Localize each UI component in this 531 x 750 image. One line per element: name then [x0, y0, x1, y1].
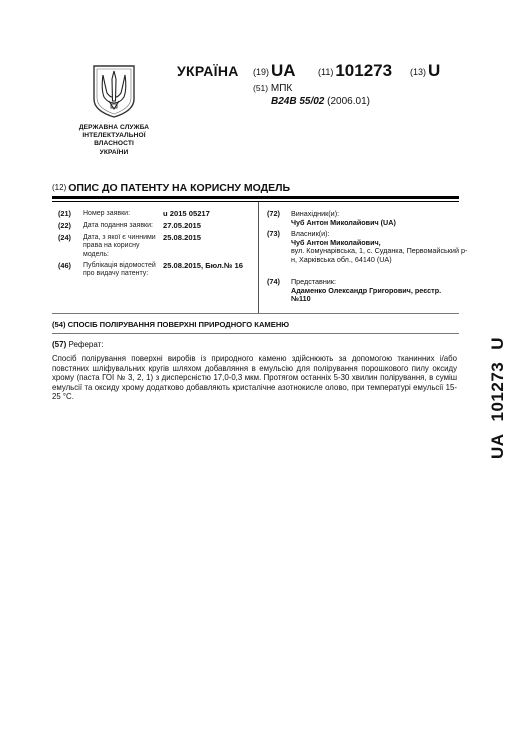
invention-title: (54) СПОСІБ ПОЛІРУВАННЯ ПОВЕРХНІ ПРИРОДН… — [52, 320, 289, 329]
inid-code: (46) — [58, 262, 71, 270]
side-country-code: UA — [488, 433, 507, 459]
ipc-title: МПК — [271, 83, 292, 94]
field-value: 25.08.2015, Бюл.№ 16 — [163, 262, 243, 270]
field-value: 25.08.2015 — [163, 234, 201, 242]
ipc-class: B24B 55/02 — [271, 96, 324, 107]
owner-address: вул. Комунарівська, 1, с. Суданка, Перво… — [291, 247, 469, 264]
side-document-identifier: UA101273U — [478, 330, 518, 465]
inid-code: (54) — [52, 320, 66, 329]
document-kind-value: U — [428, 61, 440, 80]
country-name: УКРАЇНА — [177, 63, 239, 79]
patent-number-value: 101273 — [335, 61, 392, 80]
inid-code: (51) — [253, 83, 268, 93]
inid-code: (19) — [253, 67, 269, 77]
abstract-label: Реферат: — [68, 340, 103, 349]
inid-code: (11) — [318, 67, 333, 77]
divider — [52, 196, 459, 199]
field-label: Номер заявки: — [83, 210, 151, 218]
inid-code: (13) — [410, 67, 426, 77]
inventor-name: Чуб Антон Миколайович (UA) — [291, 219, 491, 228]
agency-name: ДЕРЖАВНА СЛУЖБА ІНТЕЛЕКТУАЛЬНОЇ ВЛАСНОСТ… — [58, 124, 170, 157]
agency-line: ІНТЕЛЕКТУАЛЬНОЇ — [58, 132, 170, 140]
field-label: Дата, з якої є чинними права на корисну … — [83, 234, 161, 259]
divider — [52, 313, 459, 314]
invention-title-text: СПОСІБ ПОЛІРУВАННЯ ПОВЕРХНІ ПРИРОДНОГО К… — [68, 320, 290, 329]
agency-line: ДЕРЖАВНА СЛУЖБА — [58, 124, 170, 132]
inid-code: (22) — [58, 222, 71, 230]
inid-code: (21) — [58, 210, 71, 218]
divider — [52, 201, 459, 202]
inid-code: (73) — [267, 230, 280, 239]
document-title-text: ОПИС ДО ПАТЕНТУ НА КОРИСНУ МОДЕЛЬ — [68, 182, 290, 194]
column-divider — [258, 202, 259, 313]
inid-code: (72) — [267, 210, 280, 219]
agency-line: УКРАЇНИ — [58, 149, 170, 157]
ipc-classification: B24B 55/02 (2006.01) — [271, 96, 370, 107]
patent-number: (11)101273 — [318, 61, 392, 81]
representative-name: Адаменко Олександр Григорович, реєстр. №… — [291, 287, 451, 304]
inid-code: (74) — [267, 278, 280, 287]
field-label: Публікація відомостей про видачу патенту… — [83, 262, 159, 279]
divider — [52, 333, 459, 334]
document-kind: (13)U — [410, 61, 440, 81]
inid-code: (12) — [52, 183, 66, 192]
inid-code: (24) — [58, 234, 71, 242]
ipc-heading: (51) МПК — [253, 83, 292, 94]
field-label: Дата подання заявки: — [83, 222, 163, 230]
abstract-heading: (57) Реферат: — [52, 340, 104, 349]
ukraine-trident-emblem-icon — [90, 63, 138, 119]
document-title: (12)ОПИС ДО ПАТЕНТУ НА КОРИСНУ МОДЕЛЬ — [52, 182, 290, 194]
abstract-text: Спосіб полірування поверхні виробів із п… — [52, 354, 457, 402]
country-code-value: UA — [271, 61, 296, 80]
agency-line: ВЛАСНОСТІ — [58, 140, 170, 148]
field-value: u 2015 05217 — [163, 210, 210, 218]
side-patent-number: 101273 — [488, 361, 507, 421]
side-document-kind: U — [488, 336, 507, 349]
ipc-version: (2006.01) — [327, 96, 370, 107]
field-value: 27.05.2015 — [163, 222, 201, 230]
country-code: (19)UA — [253, 61, 296, 81]
inid-code: (57) — [52, 340, 66, 349]
